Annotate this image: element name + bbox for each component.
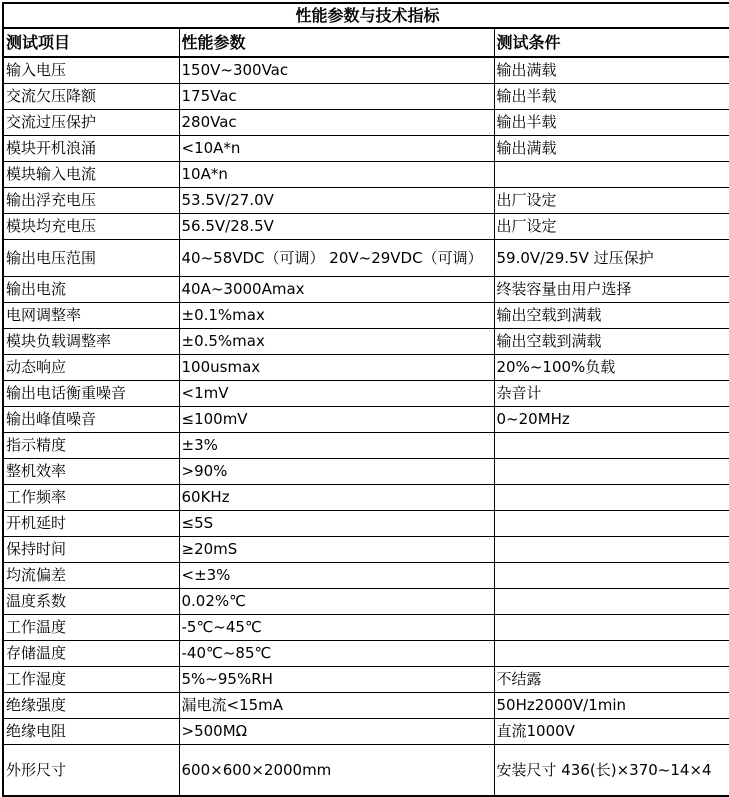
param-value-cell: -5℃~45℃ <box>179 615 494 641</box>
param-value-cell: 5%~95%RH <box>179 667 494 693</box>
param-value-cell: 漏电流<15mA <box>179 693 494 719</box>
table-title: 性能参数与技术指标 <box>3 3 729 28</box>
test-item-cell: 交流欠压降额 <box>3 84 179 110</box>
test-condition-cell <box>494 563 729 589</box>
test-item-cell: 输出电压范围 <box>3 240 179 277</box>
column-header-test-condition: 测试条件 <box>494 28 729 57</box>
table-row: 模块均充电压 56.5V/28.5V 出厂设定 <box>3 214 729 240</box>
test-item-cell: 输出电流 <box>3 277 179 303</box>
test-item-cell: 输出峰值噪音 <box>3 407 179 433</box>
test-item-cell: 交流过压保护 <box>3 110 179 136</box>
test-item-cell: 动态响应 <box>3 355 179 381</box>
param-value-cell: 150V~300Vac <box>179 57 494 84</box>
test-item-cell: 输入电压 <box>3 57 179 84</box>
param-value-cell: >90% <box>179 459 494 485</box>
test-item-cell: 绝缘强度 <box>3 693 179 719</box>
test-condition-cell <box>494 589 729 615</box>
param-value-cell: <1mV <box>179 381 494 407</box>
table-row: 均流偏差 <±3% <box>3 563 729 589</box>
table-row: 模块负载调整率 ±0.5%max 输出空载到满载 <box>3 329 729 355</box>
table-row: 外形尺寸 600×600×2000mm 安装尺寸 436(长)×370~14×4 <box>3 745 729 797</box>
test-condition-cell: 不结露 <box>494 667 729 693</box>
test-item-cell: 输出电话衡重噪音 <box>3 381 179 407</box>
test-condition-cell: 输出满载 <box>494 136 729 162</box>
test-condition-cell: 直流1000V <box>494 719 729 745</box>
table-row: 输出电话衡重噪音 <1mV 杂音计 <box>3 381 729 407</box>
table-row: 电网调整率 ±0.1%max 输出空载到满载 <box>3 303 729 329</box>
table-row: 开机延时 ≤5S <box>3 511 729 537</box>
table-row: 保持时间 ≥20mS <box>3 537 729 563</box>
test-item-cell: 温度系数 <box>3 589 179 615</box>
test-condition-cell: 输出半载 <box>494 110 729 136</box>
test-item-cell: 绝缘电阻 <box>3 719 179 745</box>
table-row: 整机效率 >90% <box>3 459 729 485</box>
test-item-cell: 模块输入电流 <box>3 162 179 188</box>
param-value-cell: 40A~3000Amax <box>179 277 494 303</box>
test-condition-cell <box>494 641 729 667</box>
test-item-cell: 输出浮充电压 <box>3 188 179 214</box>
test-condition-cell: 59.0V/29.5V 过压保护 <box>494 240 729 277</box>
param-value-cell: ±0.1%max <box>179 303 494 329</box>
test-condition-cell <box>494 485 729 511</box>
table-row: 模块输入电流 10A*n <box>3 162 729 188</box>
table-row: 工作频率 60KHz <box>3 485 729 511</box>
param-value-cell: <10A*n <box>179 136 494 162</box>
table-row: 工作湿度 5%~95%RH 不结露 <box>3 667 729 693</box>
column-header-performance-param: 性能参数 <box>179 28 494 57</box>
table-row: 存储温度 -40℃~85℃ <box>3 641 729 667</box>
param-value-cell: 175Vac <box>179 84 494 110</box>
param-value-cell: 40~58VDC（可调） 20V~29VDC（可调） <box>179 240 494 277</box>
param-value-cell: >500MΩ <box>179 719 494 745</box>
test-item-cell: 指示精度 <box>3 433 179 459</box>
table-row: 指示精度 ±3% <box>3 433 729 459</box>
table-row: 工作温度 -5℃~45℃ <box>3 615 729 641</box>
param-value-cell: 53.5V/27.0V <box>179 188 494 214</box>
test-item-cell: 保持时间 <box>3 537 179 563</box>
param-value-cell: ≥20mS <box>179 537 494 563</box>
test-item-cell: 模块开机浪涌 <box>3 136 179 162</box>
table-row: 交流欠压降额 175Vac 输出半载 <box>3 84 729 110</box>
test-condition-cell: 安装尺寸 436(长)×370~14×4 <box>494 745 729 797</box>
test-item-cell: 外形尺寸 <box>3 745 179 797</box>
param-value-cell: 56.5V/28.5V <box>179 214 494 240</box>
param-value-cell: ≤5S <box>179 511 494 537</box>
test-condition-cell: 输出空载到满载 <box>494 303 729 329</box>
table-body: 输入电压 150V~300Vac 输出满载 交流欠压降额 175Vac 输出半载… <box>3 57 729 796</box>
table-title-row: 性能参数与技术指标 <box>3 3 729 28</box>
test-item-cell: 模块均充电压 <box>3 214 179 240</box>
table-row: 温度系数 0.02%℃ <box>3 589 729 615</box>
param-value-cell: 10A*n <box>179 162 494 188</box>
test-condition-cell: 出厂设定 <box>494 214 729 240</box>
test-condition-cell: 0~20MHz <box>494 407 729 433</box>
test-item-cell: 工作温度 <box>3 615 179 641</box>
document-page: 性能参数与技术指标 测试项目 性能参数 测试条件 输入电压 150V~300Va… <box>0 0 729 795</box>
param-value-cell: <±3% <box>179 563 494 589</box>
test-condition-cell <box>494 162 729 188</box>
param-value-cell: 60KHz <box>179 485 494 511</box>
test-item-cell: 电网调整率 <box>3 303 179 329</box>
table-row: 交流过压保护 280Vac 输出半载 <box>3 110 729 136</box>
test-condition-cell: 输出半载 <box>494 84 729 110</box>
test-condition-cell <box>494 615 729 641</box>
column-header-test-item: 测试项目 <box>3 28 179 57</box>
table-row: 输入电压 150V~300Vac 输出满载 <box>3 57 729 84</box>
param-value-cell: 0.02%℃ <box>179 589 494 615</box>
test-item-cell: 开机延时 <box>3 511 179 537</box>
test-condition-cell: 输出满载 <box>494 57 729 84</box>
test-item-cell: 整机效率 <box>3 459 179 485</box>
test-condition-cell <box>494 537 729 563</box>
table-row: 模块开机浪涌 <10A*n 输出满载 <box>3 136 729 162</box>
test-condition-cell: 杂音计 <box>494 381 729 407</box>
param-value-cell: ±0.5%max <box>179 329 494 355</box>
param-value-cell: ±3% <box>179 433 494 459</box>
param-value-cell: 280Vac <box>179 110 494 136</box>
table-row: 输出峰值噪音 ≤100mV 0~20MHz <box>3 407 729 433</box>
test-item-cell: 均流偏差 <box>3 563 179 589</box>
param-value-cell: 600×600×2000mm <box>179 745 494 797</box>
spec-table: 性能参数与技术指标 测试项目 性能参数 测试条件 输入电压 150V~300Va… <box>2 2 729 797</box>
test-condition-cell: 20%~100%负载 <box>494 355 729 381</box>
test-item-cell: 模块负载调整率 <box>3 329 179 355</box>
test-condition-cell <box>494 433 729 459</box>
param-value-cell: 100usmax <box>179 355 494 381</box>
test-condition-cell: 终装容量由用户选择 <box>494 277 729 303</box>
table-row: 动态响应 100usmax 20%~100%负载 <box>3 355 729 381</box>
table-header-row: 测试项目 性能参数 测试条件 <box>3 28 729 57</box>
test-condition-cell: 输出空载到满载 <box>494 329 729 355</box>
table-row: 绝缘电阻 >500MΩ 直流1000V <box>3 719 729 745</box>
table-row: 绝缘强度 漏电流<15mA 50Hz2000V/1min <box>3 693 729 719</box>
param-value-cell: ≤100mV <box>179 407 494 433</box>
test-condition-cell: 50Hz2000V/1min <box>494 693 729 719</box>
test-condition-cell <box>494 459 729 485</box>
test-condition-cell: 出厂设定 <box>494 188 729 214</box>
test-item-cell: 工作湿度 <box>3 667 179 693</box>
test-condition-cell <box>494 511 729 537</box>
table-row: 输出电流 40A~3000Amax 终装容量由用户选择 <box>3 277 729 303</box>
test-item-cell: 存储温度 <box>3 641 179 667</box>
param-value-cell: -40℃~85℃ <box>179 641 494 667</box>
table-row: 输出电压范围 40~58VDC（可调） 20V~29VDC（可调） 59.0V/… <box>3 240 729 277</box>
test-item-cell: 工作频率 <box>3 485 179 511</box>
table-row: 输出浮充电压 53.5V/27.0V 出厂设定 <box>3 188 729 214</box>
